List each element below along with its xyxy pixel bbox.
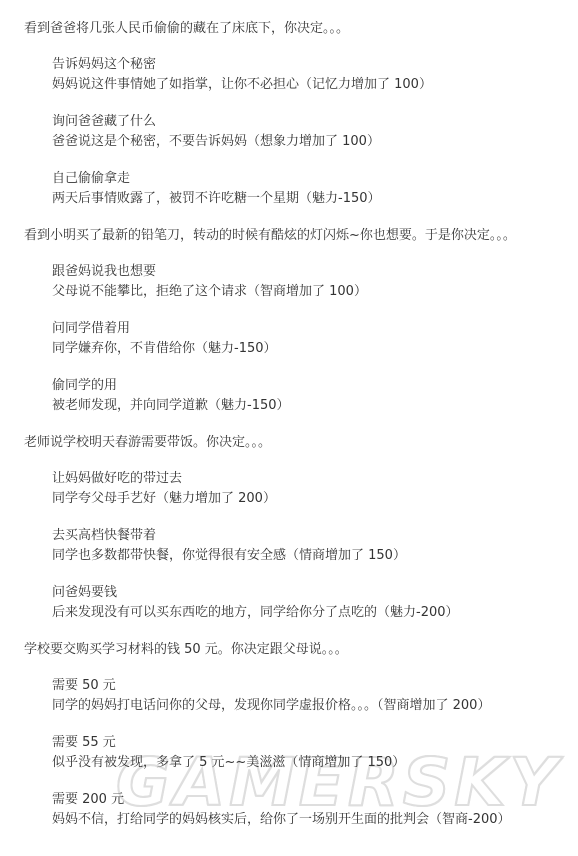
scenario-list: 看到爸爸将几张人民币偷偷的藏在了床底下，你决定。。。 告诉妈妈这个秘密 妈妈说这… — [0, 0, 578, 830]
choice-outcome: 妈妈说这件事情她了如指掌，让你不必担心（记忆力增加了 100） — [52, 75, 568, 95]
choice-list: 告诉妈妈这个秘密 妈妈说这件事情她了如指掌，让你不必担心（记忆力增加了 100）… — [24, 55, 568, 209]
choice-block: 跟爸妈说我也想要 父母说不能攀比，拒绝了这个请求（智商增加了 100） — [52, 262, 568, 302]
scenario-prompt: 老师说学校明天春游需要带饭。你决定。。。 — [24, 433, 568, 453]
choice-block: 让妈妈做好吃的带过去 同学夸父母手艺好（魅力增加了 200） — [52, 469, 568, 509]
choice-block: 询问爸爸藏了什么 爸爸说这是个秘密，不要告诉妈妈（想象力增加了 100） — [52, 112, 568, 152]
scenario: 看到小明买了最新的铅笔刀，转动的时候有酷炫的灯闪烁~你也想要。于是你决定。。。 … — [24, 226, 568, 416]
choice-label: 需要 50 元 — [52, 676, 568, 696]
choice-list: 需要 50 元 同学的妈妈打电话问你的父母，发现你同学虚报价格。。。（智商增加了… — [24, 676, 568, 830]
choice-label: 告诉妈妈这个秘密 — [52, 55, 568, 75]
choice-label: 跟爸妈说我也想要 — [52, 262, 568, 282]
choice-label: 需要 200 元 — [52, 790, 568, 810]
choice-outcome: 同学的妈妈打电话问你的父母，发现你同学虚报价格。。。（智商增加了 200） — [52, 696, 568, 716]
choice-outcome: 被老师发现，并向同学道歉（魅力-150） — [52, 396, 568, 416]
choice-block: 需要 200 元 妈妈不信，打给同学的妈妈核实后，给你了一场别开生面的批判会（智… — [52, 790, 568, 830]
scenario: 老师说学校明天春游需要带饭。你决定。。。 让妈妈做好吃的带过去 同学夸父母手艺好… — [24, 433, 568, 623]
scenario: 看到爸爸将几张人民币偷偷的藏在了床底下，你决定。。。 告诉妈妈这个秘密 妈妈说这… — [24, 19, 568, 209]
choice-block: 需要 55 元 似乎没有被发现，多拿了 5 元~~美滋滋（情商增加了 150） — [52, 733, 568, 773]
choice-outcome: 妈妈不信，打给同学的妈妈核实后，给你了一场别开生面的批判会（智商-200） — [52, 810, 568, 830]
choice-block: 问同学借着用 同学嫌弃你，不肯借给你（魅力-150） — [52, 319, 568, 359]
choice-label: 自己偷偷拿走 — [52, 169, 568, 189]
choice-block: 需要 50 元 同学的妈妈打电话问你的父母，发现你同学虚报价格。。。（智商增加了… — [52, 676, 568, 716]
choice-block: 去买高档快餐带着 同学也多数都带快餐，你觉得很有安全感（情商增加了 150） — [52, 526, 568, 566]
choice-block: 自己偷偷拿走 两天后事情败露了，被罚不许吃糖一个星期（魅力-150） — [52, 169, 568, 209]
choice-label: 需要 55 元 — [52, 733, 568, 753]
choice-outcome: 似乎没有被发现，多拿了 5 元~~美滋滋（情商增加了 150） — [52, 753, 568, 773]
choice-list: 跟爸妈说我也想要 父母说不能攀比，拒绝了这个请求（智商增加了 100） 问同学借… — [24, 262, 568, 416]
choice-outcome: 后来发现没有可以买东西吃的地方，同学给你分了点吃的（魅力-200） — [52, 603, 568, 623]
choice-label: 去买高档快餐带着 — [52, 526, 568, 546]
scenario: 学校要交购买学习材料的钱 50 元。你决定跟父母说。。。 需要 50 元 同学的… — [24, 640, 568, 830]
choice-list: 让妈妈做好吃的带过去 同学夸父母手艺好（魅力增加了 200） 去买高档快餐带着 … — [24, 469, 568, 623]
choice-outcome: 两天后事情败露了，被罚不许吃糖一个星期（魅力-150） — [52, 189, 568, 209]
choice-label: 问同学借着用 — [52, 319, 568, 339]
choice-block: 偷同学的用 被老师发现，并向同学道歉（魅力-150） — [52, 376, 568, 416]
choice-label: 让妈妈做好吃的带过去 — [52, 469, 568, 489]
choice-outcome: 爸爸说这是个秘密，不要告诉妈妈（想象力增加了 100） — [52, 132, 568, 152]
choice-outcome: 同学也多数都带快餐，你觉得很有安全感（情商增加了 150） — [52, 546, 568, 566]
choice-block: 问爸妈要钱 后来发现没有可以买东西吃的地方，同学给你分了点吃的（魅力-200） — [52, 583, 568, 623]
choice-label: 偷同学的用 — [52, 376, 568, 396]
scenario-prompt: 学校要交购买学习材料的钱 50 元。你决定跟父母说。。。 — [24, 640, 568, 660]
choice-block: 告诉妈妈这个秘密 妈妈说这件事情她了如指掌，让你不必担心（记忆力增加了 100） — [52, 55, 568, 95]
choice-label: 问爸妈要钱 — [52, 583, 568, 603]
choice-outcome: 同学夸父母手艺好（魅力增加了 200） — [52, 489, 568, 509]
choice-label: 询问爸爸藏了什么 — [52, 112, 568, 132]
scenario-prompt: 看到小明买了最新的铅笔刀，转动的时候有酷炫的灯闪烁~你也想要。于是你决定。。。 — [24, 226, 568, 246]
scenario-prompt: 看到爸爸将几张人民币偷偷的藏在了床底下，你决定。。。 — [24, 19, 568, 39]
guide-page: GAMERSKY 看到爸爸将几张人民币偷偷的藏在了床底下，你决定。。。 告诉妈妈… — [0, 0, 578, 856]
choice-outcome: 父母说不能攀比，拒绝了这个请求（智商增加了 100） — [52, 282, 568, 302]
choice-outcome: 同学嫌弃你，不肯借给你（魅力-150） — [52, 339, 568, 359]
